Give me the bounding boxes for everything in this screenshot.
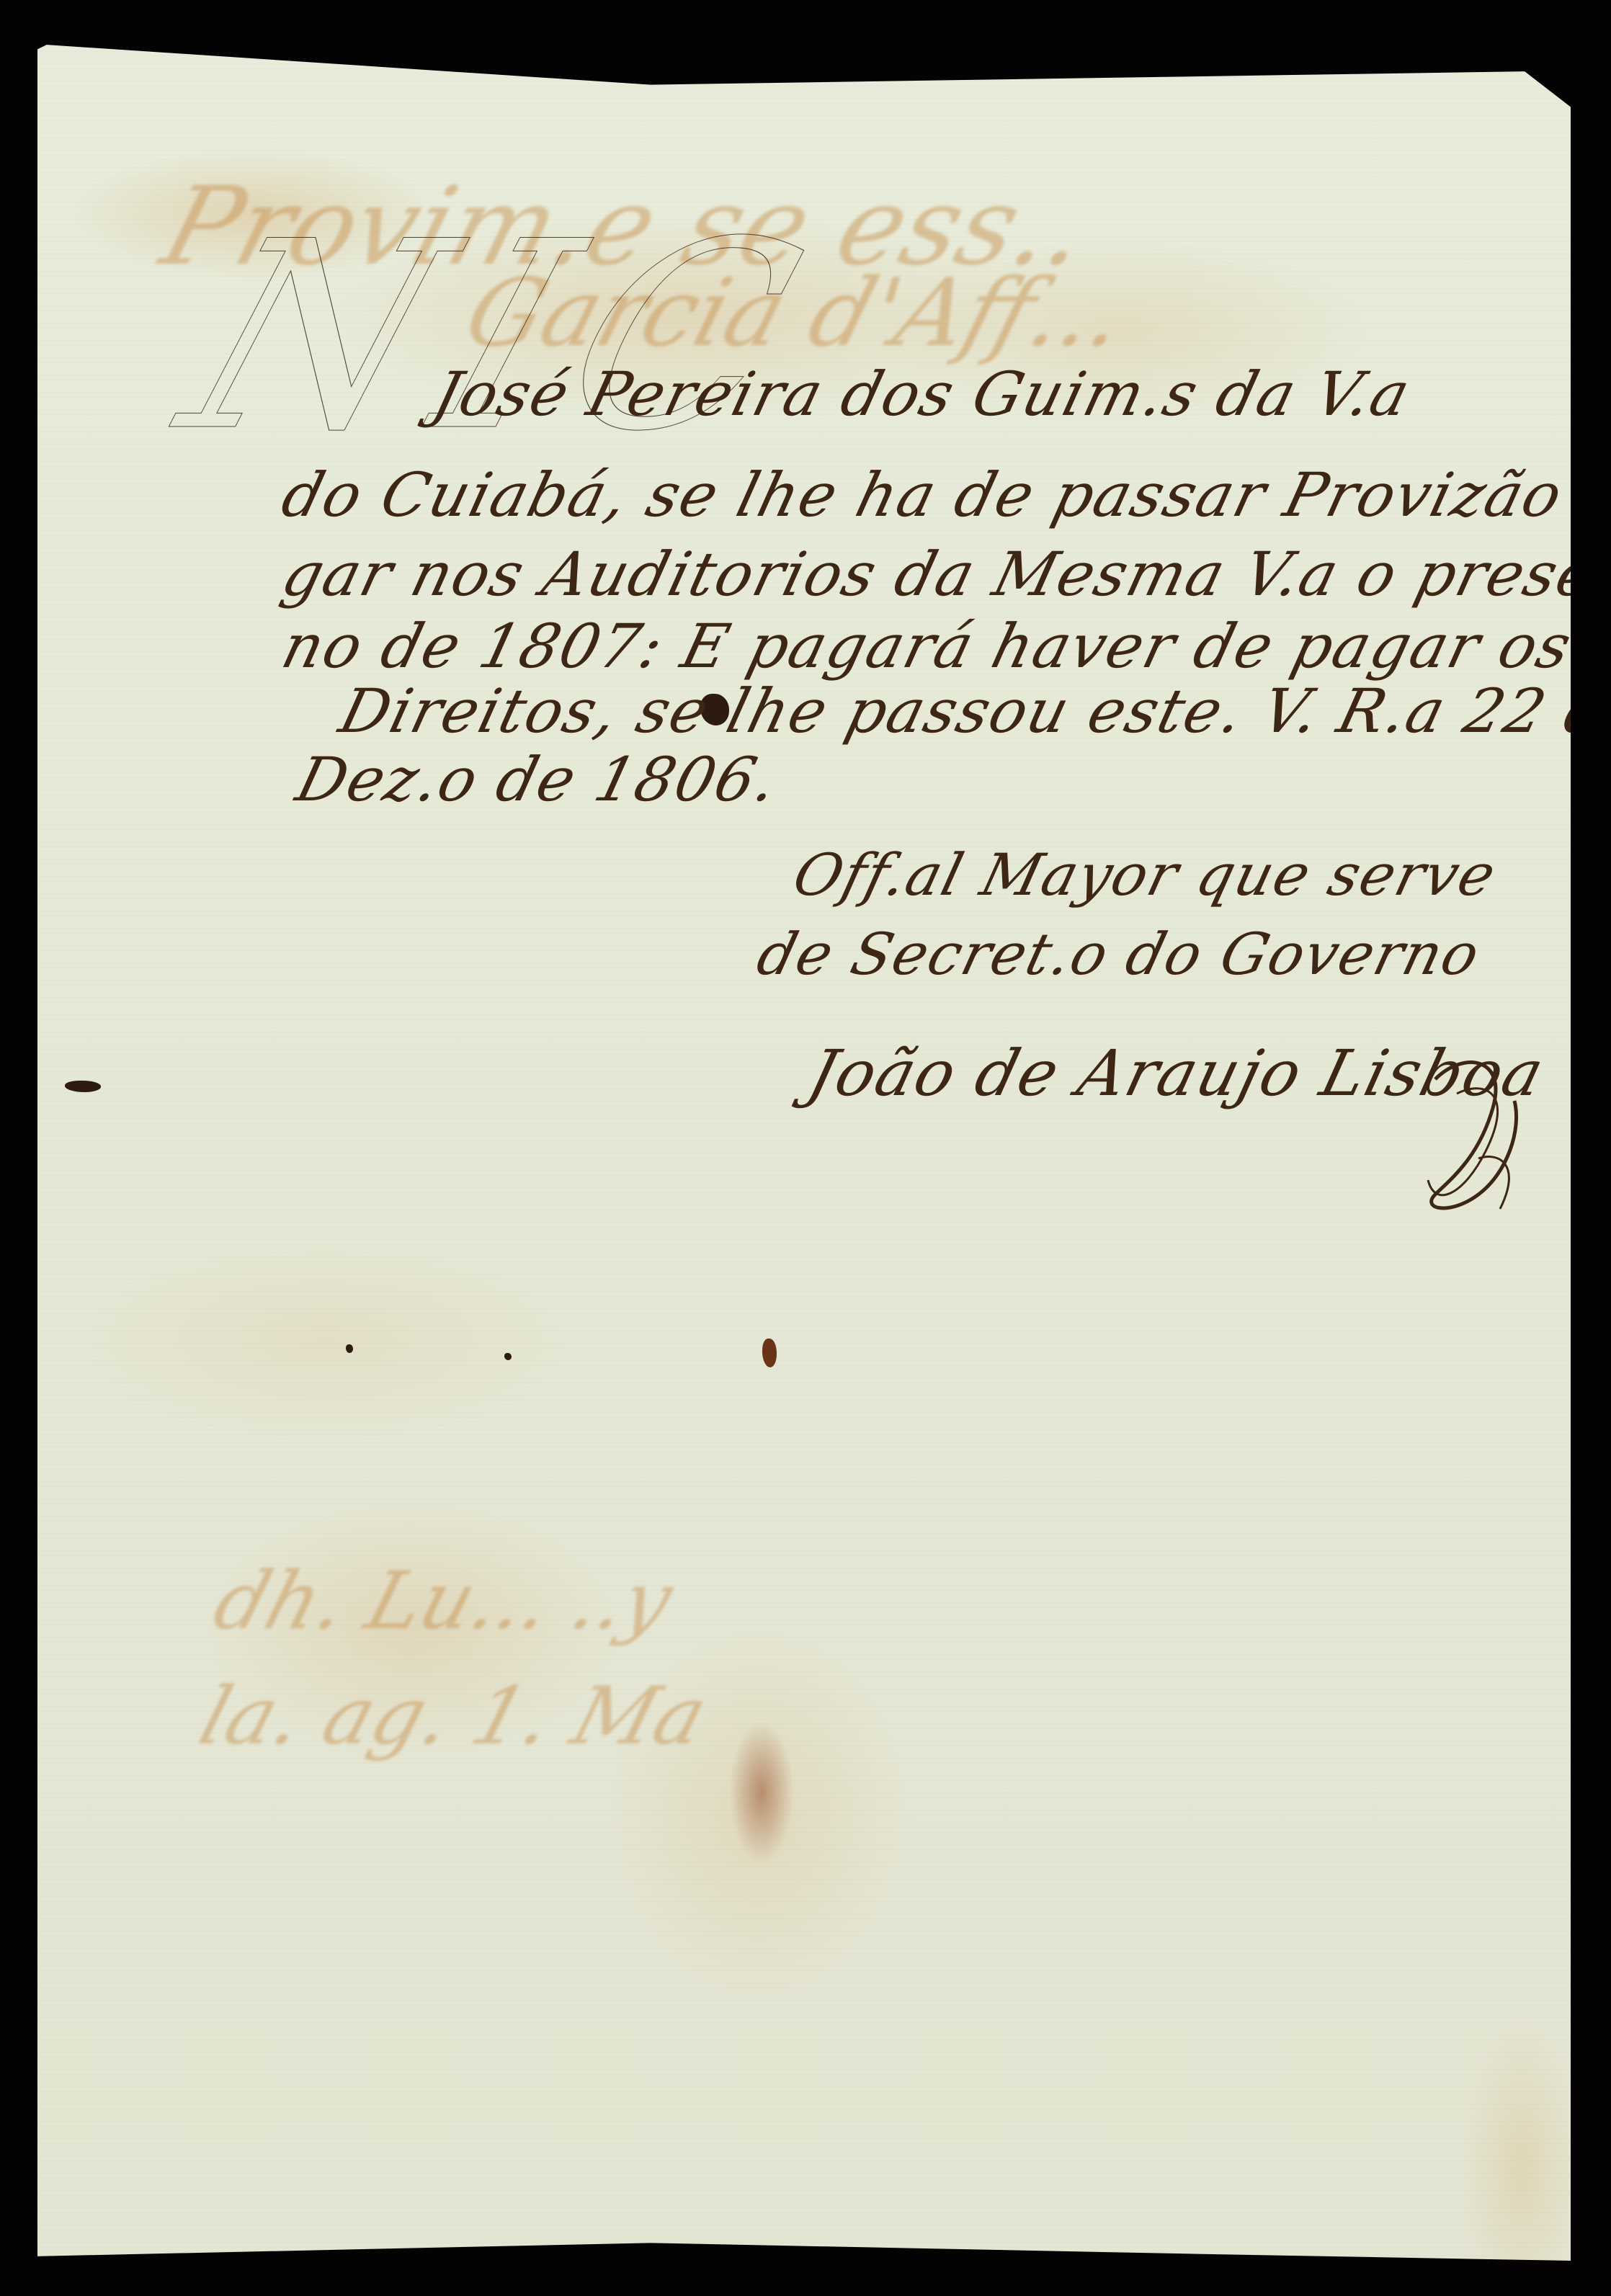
document-text: N I C José Pereira dos Guim.s da V.a do … — [37, 42, 1571, 2261]
manuscript-page: Provim.e se ess.. Garcia d'Aff... dh. Lu… — [37, 40, 1571, 2261]
signature-paraph-icon — [1406, 1050, 1536, 1230]
body-line-6: Dez.o de 1806. — [290, 744, 785, 815]
body-line-1: José Pereira dos Guim.s da V.a — [427, 359, 1418, 429]
body-line-5: Direitos, se lhe passou este. V. R.a 22 … — [333, 676, 1611, 746]
body-line-4: no de 1807: E pagará haver de pagar os N… — [275, 611, 1611, 682]
opening-monogram: N I C — [154, 186, 801, 488]
body-line-2: do Cuiabá, se lhe ha de passar Provizão … — [275, 460, 1611, 530]
signer-title-line-2: de Secret.o do Governo — [751, 921, 1487, 988]
body-line-3: gar nos Auditorios da Mesma V.a o presen… — [275, 539, 1611, 609]
signer-title-line-1: Off.al Mayor que serve — [787, 841, 1504, 908]
